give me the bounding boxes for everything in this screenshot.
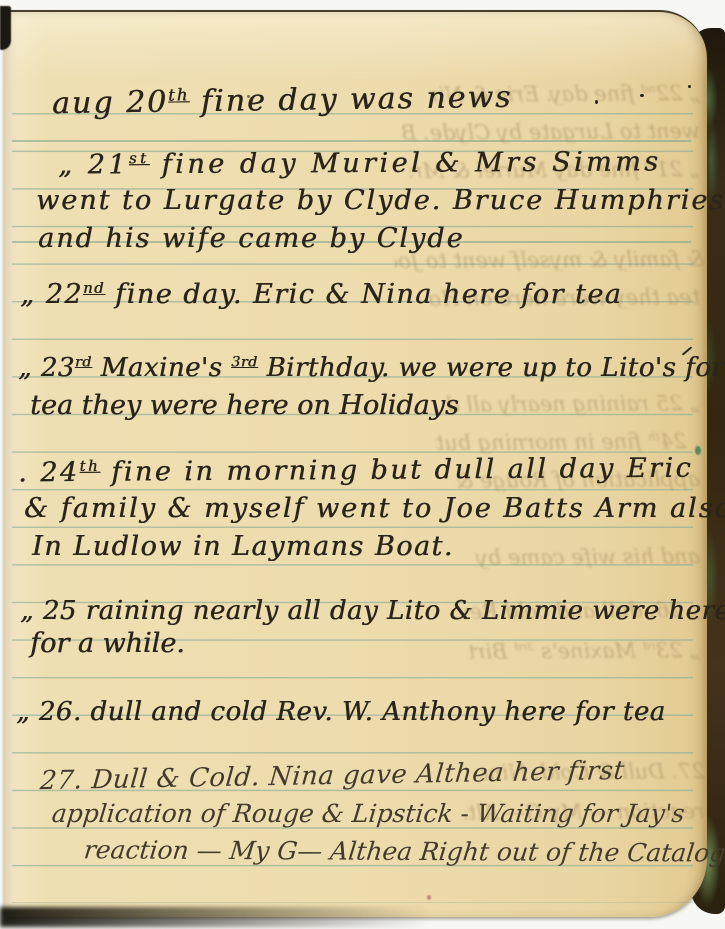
page-corner-notch xyxy=(0,6,11,50)
green-stain xyxy=(695,446,701,455)
ghost-line: went to Lurgate by Clyde. Bruce Humphrie… xyxy=(400,121,700,144)
handwriting-line-21st-3: and his wife came by Clyde xyxy=(38,225,464,252)
ghost-line: „ 23rd Maxine's 3rd Birthday. we were up… xyxy=(470,640,700,663)
handwriting-line-25th-1: „ 25 raining nearly all day Lito & Limmi… xyxy=(20,598,725,624)
handwriting-line-21st-2: went to Lurgate by Clyde. Bruce Humphrie… xyxy=(36,187,725,214)
handwriting-line-24th-1: . 24th fine in morning but dull all day … xyxy=(18,455,693,487)
pink-stain xyxy=(427,895,431,900)
ink-speck xyxy=(640,94,644,97)
handwriting-line-24th-3: In Ludlow in Laymans Boat. xyxy=(32,533,454,560)
ink-speck xyxy=(688,85,691,88)
ghost-line: and his wife came by Clyde xyxy=(470,546,700,569)
bottom-shadow xyxy=(0,907,430,927)
handwriting-line-23rd-2: tea they were here on Holidays xyxy=(30,392,459,419)
handwriting-line-21st-1: „ 21st fine day Muriel & Mrs Simms xyxy=(58,148,662,178)
handwriting-line-26th: „ 26. dull and cold Rev. W. Anthony here… xyxy=(16,699,666,725)
handwriting-line-27th-3: reaction — My G— Althea Right out of the… xyxy=(83,837,725,866)
scanned-diary-page: „ 22nd fine day. Eric & Nina here for te… xyxy=(0,0,725,929)
ink-speck xyxy=(247,95,250,98)
handwriting-line-27th-2: application of Rouge & Lipstick - Waitin… xyxy=(51,801,686,826)
ghost-line: . 24th fine in morning but dull all day … xyxy=(435,431,700,454)
handwriting-line-aug20: aug 20th fine day was news xyxy=(52,83,513,119)
handwriting-line-24th-2: & family & myself went to Joe Batts Arm … xyxy=(24,495,725,522)
ghost-line: „ 25 raining nearly all day Lito & Limmi… xyxy=(445,393,700,416)
handwriting-line-25th-2: for a while. xyxy=(30,630,185,657)
handwriting-line-22nd: „ 22nd fine day. Eric & Nina here for te… xyxy=(20,281,622,308)
handwriting-line-23rd-1: „ 23rd Maxine's 3rd Birthday. we were up… xyxy=(18,355,724,381)
ink-speck xyxy=(595,100,598,104)
